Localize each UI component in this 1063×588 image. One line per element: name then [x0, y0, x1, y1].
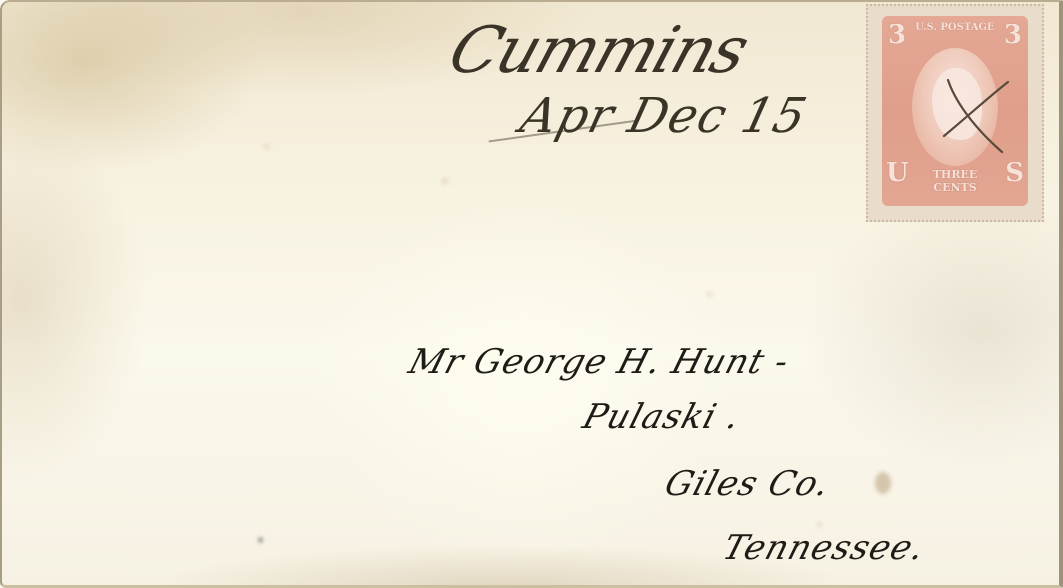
pen-cancel-x-icon: [940, 76, 1016, 156]
stamp-value-text: THREE CENTS: [882, 168, 1028, 194]
docket-date: Apr Dec 15: [515, 88, 813, 144]
address-line-city: Pulaski .: [578, 397, 745, 437]
stamp-frame: U.S. POSTAGE 3 3 U S THREE CENTS: [882, 16, 1028, 206]
paper-spot: [817, 522, 822, 527]
envelope: Cummins Apr Dec 15 U.S. POSTAGE 3 3 U S …: [0, 0, 1063, 588]
paper-stain: [875, 472, 891, 494]
address-line-state: Tennessee.: [718, 528, 930, 568]
address-line-recipient: Mr George H. Hunt -: [404, 342, 794, 382]
stamp-value-unit: CENTS: [882, 181, 1028, 194]
address-line-county: Giles Co.: [660, 464, 834, 504]
paper-spot: [264, 144, 269, 149]
docket-name: Cummins: [440, 14, 756, 88]
stamp-value-word: THREE: [882, 168, 1028, 181]
paper-spot: [707, 292, 712, 297]
postage-stamp: U.S. POSTAGE 3 3 U S THREE CENTS: [866, 4, 1044, 222]
stamp-denomination-left: 3: [888, 20, 906, 50]
stamp-denomination-right: 3: [1004, 20, 1022, 50]
paper-spot: [442, 178, 448, 184]
paper-spot: [259, 538, 262, 542]
